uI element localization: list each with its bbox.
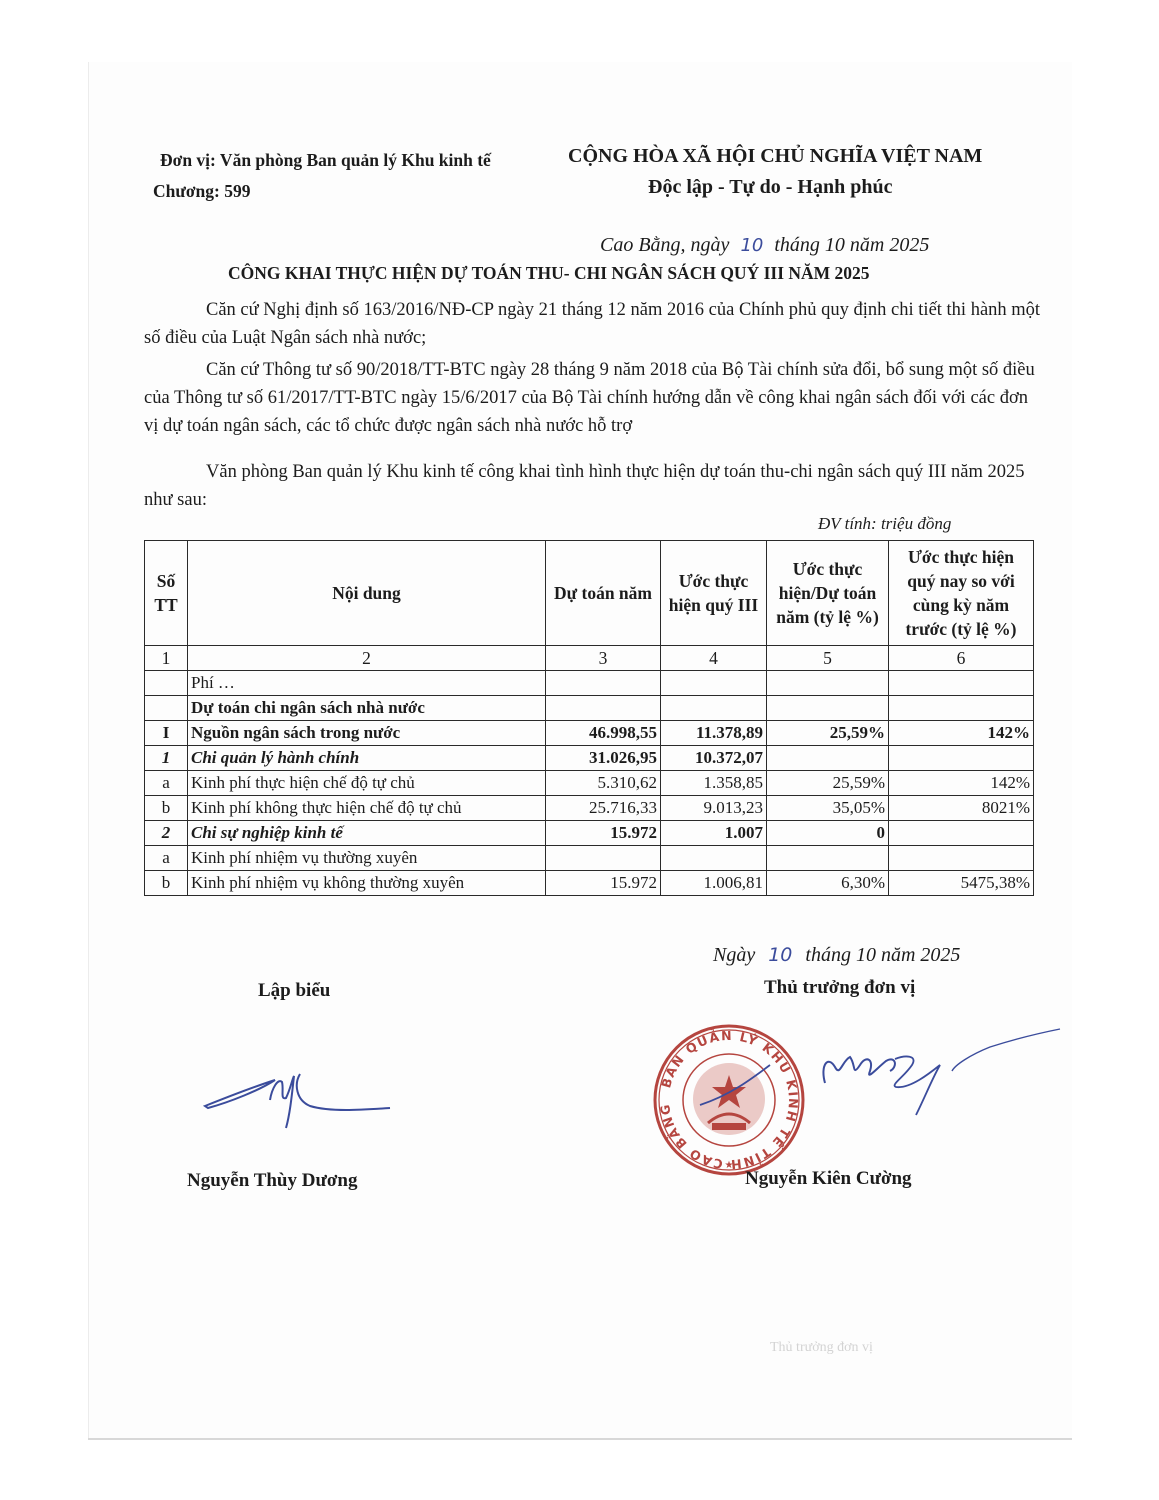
handwritten-day: 10 — [734, 235, 769, 256]
row-content: Kinh phí không thực hiện chế độ tự chủ — [188, 796, 546, 821]
row-q3-estimate — [661, 696, 767, 721]
header-stt: Số TT — [145, 541, 188, 646]
table-row: Phí … — [145, 671, 1034, 696]
header-yoy: Ước thực hiện quý nay so với cùng kỳ năm… — [889, 541, 1034, 646]
footer-date: Ngày 10 tháng 10 năm 2025 — [713, 944, 960, 967]
header-q3-estimate: Ước thực hiện quý III — [661, 541, 767, 646]
legal-basis-2: Căn cứ Thông tư số 90/2018/TT-BTC ngày 2… — [144, 356, 1044, 440]
column-index: 6 — [889, 646, 1034, 671]
table-row: 1Chi quản lý hành chính31.026,9510.372,0… — [145, 746, 1034, 771]
bleed-through-text: Thủ trưởng đơn vị — [770, 1340, 873, 1356]
row-stt: a — [145, 846, 188, 871]
svg-text:★: ★ — [725, 1160, 734, 1171]
unit-note: ĐV tính: triệu đồng — [818, 514, 951, 534]
row-content: Kinh phí nhiệm vụ không thường xuyên — [188, 871, 546, 896]
table-header-row: Số TT Nội dung Dự toán năm Ước thực hiện… — [145, 541, 1034, 646]
legal-basis-1: Căn cứ Nghị định số 163/2016/NĐ-CP ngày … — [144, 296, 1044, 352]
column-index: 3 — [546, 646, 661, 671]
footer-handwritten-day: 10 — [760, 944, 800, 966]
row-yoy: 8021% — [889, 796, 1034, 821]
header-ratio: Ước thực hiện/Dự toán năm (tỷ lệ %) — [767, 541, 889, 646]
place-date: Cao Bằng, ngày 10 tháng 10 năm 2025 — [600, 234, 929, 257]
row-annual-estimate — [546, 671, 661, 696]
place-date-prefix: Cao Bằng, ngày — [600, 234, 729, 256]
row-annual-estimate: 31.026,95 — [546, 746, 661, 771]
row-content: Chi quản lý hành chính — [188, 746, 546, 771]
row-content: Kinh phí thực hiện chế độ tự chủ — [188, 771, 546, 796]
row-q3-estimate — [661, 846, 767, 871]
head-role: Thủ trưởng đơn vị — [764, 977, 915, 999]
intro-paragraph: Văn phòng Ban quản lý Khu kinh tế công k… — [144, 458, 1044, 514]
preparer-role: Lập biểu — [258, 980, 330, 1002]
row-q3-estimate: 9.013,23 — [661, 796, 767, 821]
row-ratio: 0 — [767, 821, 889, 846]
column-index: 5 — [767, 646, 889, 671]
row-yoy — [889, 671, 1034, 696]
row-q3-estimate: 11.378,89 — [661, 721, 767, 746]
preparer-name: Nguyễn Thùy Dương — [187, 1170, 357, 1192]
budget-table: Số TT Nội dung Dự toán năm Ước thực hiện… — [144, 540, 1034, 896]
row-stt: I — [145, 721, 188, 746]
table-row: Dự toán chi ngân sách nhà nước — [145, 696, 1034, 721]
footer-date-prefix: Ngày — [713, 944, 755, 966]
row-annual-estimate: 15.972 — [546, 871, 661, 896]
row-content: Chi sự nghiệp kinh tế — [188, 821, 546, 846]
row-ratio — [767, 846, 889, 871]
row-yoy — [889, 821, 1034, 846]
row-yoy — [889, 846, 1034, 871]
table-row: INguồn ngân sách trong nước46.998,5511.3… — [145, 721, 1034, 746]
row-ratio — [767, 671, 889, 696]
row-ratio — [767, 696, 889, 721]
row-q3-estimate: 10.372,07 — [661, 746, 767, 771]
preparer-signature — [200, 1070, 400, 1140]
row-content: Dự toán chi ngân sách nhà nước — [188, 696, 546, 721]
head-signature — [690, 1025, 1070, 1135]
row-stt: b — [145, 871, 188, 896]
row-annual-estimate: 46.998,55 — [546, 721, 661, 746]
header-content: Nội dung — [188, 541, 546, 646]
row-q3-estimate: 1.007 — [661, 821, 767, 846]
row-ratio: 25,59% — [767, 721, 889, 746]
column-index: 2 — [188, 646, 546, 671]
table-row: bKinh phí không thực hiện chế độ tự chủ2… — [145, 796, 1034, 821]
row-q3-estimate: 1.358,85 — [661, 771, 767, 796]
row-content: Kinh phí nhiệm vụ thường xuyên — [188, 846, 546, 871]
row-ratio: 6,30% — [767, 871, 889, 896]
chapter-label: Chương: 599 — [153, 181, 251, 202]
row-q3-estimate: 1.006,81 — [661, 871, 767, 896]
row-yoy: 142% — [889, 721, 1034, 746]
table-row: a Kinh phí thực hiện chế độ tự chủ5.310,… — [145, 771, 1034, 796]
nation-motto: Độc lập - Tự do - Hạnh phúc — [648, 176, 892, 199]
row-annual-estimate — [546, 846, 661, 871]
column-index: 1 — [145, 646, 188, 671]
row-stt: a — [145, 771, 188, 796]
row-yoy: 142% — [889, 771, 1034, 796]
table-row: 2Chi sự nghiệp kinh tế15.9721.0070 — [145, 821, 1034, 846]
row-ratio — [767, 746, 889, 771]
row-ratio: 35,05% — [767, 796, 889, 821]
row-content: Nguồn ngân sách trong nước — [188, 721, 546, 746]
row-content: Phí … — [188, 671, 546, 696]
table-row: a Kinh phí nhiệm vụ thường xuyên — [145, 846, 1034, 871]
row-annual-estimate: 15.972 — [546, 821, 661, 846]
row-stt: b — [145, 796, 188, 821]
row-ratio: 25,59% — [767, 771, 889, 796]
place-date-suffix: tháng 10 năm 2025 — [774, 234, 929, 256]
row-yoy: 5475,38% — [889, 871, 1034, 896]
row-yoy — [889, 696, 1034, 721]
row-yoy — [889, 746, 1034, 771]
head-name: Nguyễn Kiên Cường — [745, 1168, 912, 1190]
row-annual-estimate — [546, 696, 661, 721]
header-annual-estimate: Dự toán năm — [546, 541, 661, 646]
nation-title: CỘNG HÒA XÃ HỘI CHỦ NGHĨA VIỆT NAM — [568, 145, 982, 168]
unit-label: Đơn vị: Văn phòng Ban quản lý Khu kinh t… — [160, 150, 491, 171]
row-annual-estimate: 5.310,62 — [546, 771, 661, 796]
column-index: 4 — [661, 646, 767, 671]
row-annual-estimate: 25.716,33 — [546, 796, 661, 821]
row-q3-estimate — [661, 671, 767, 696]
table-row: bKinh phí nhiệm vụ không thường xuyên15.… — [145, 871, 1034, 896]
row-stt — [145, 671, 188, 696]
document-title: CÔNG KHAI THỰC HIỆN DỰ TOÁN THU- CHI NGÂ… — [228, 263, 870, 284]
row-stt — [145, 696, 188, 721]
footer-date-suffix: tháng 10 năm 2025 — [805, 944, 960, 966]
row-stt: 1 — [145, 746, 188, 771]
column-index-row: 1 2 3 4 5 6 — [145, 646, 1034, 671]
row-stt: 2 — [145, 821, 188, 846]
